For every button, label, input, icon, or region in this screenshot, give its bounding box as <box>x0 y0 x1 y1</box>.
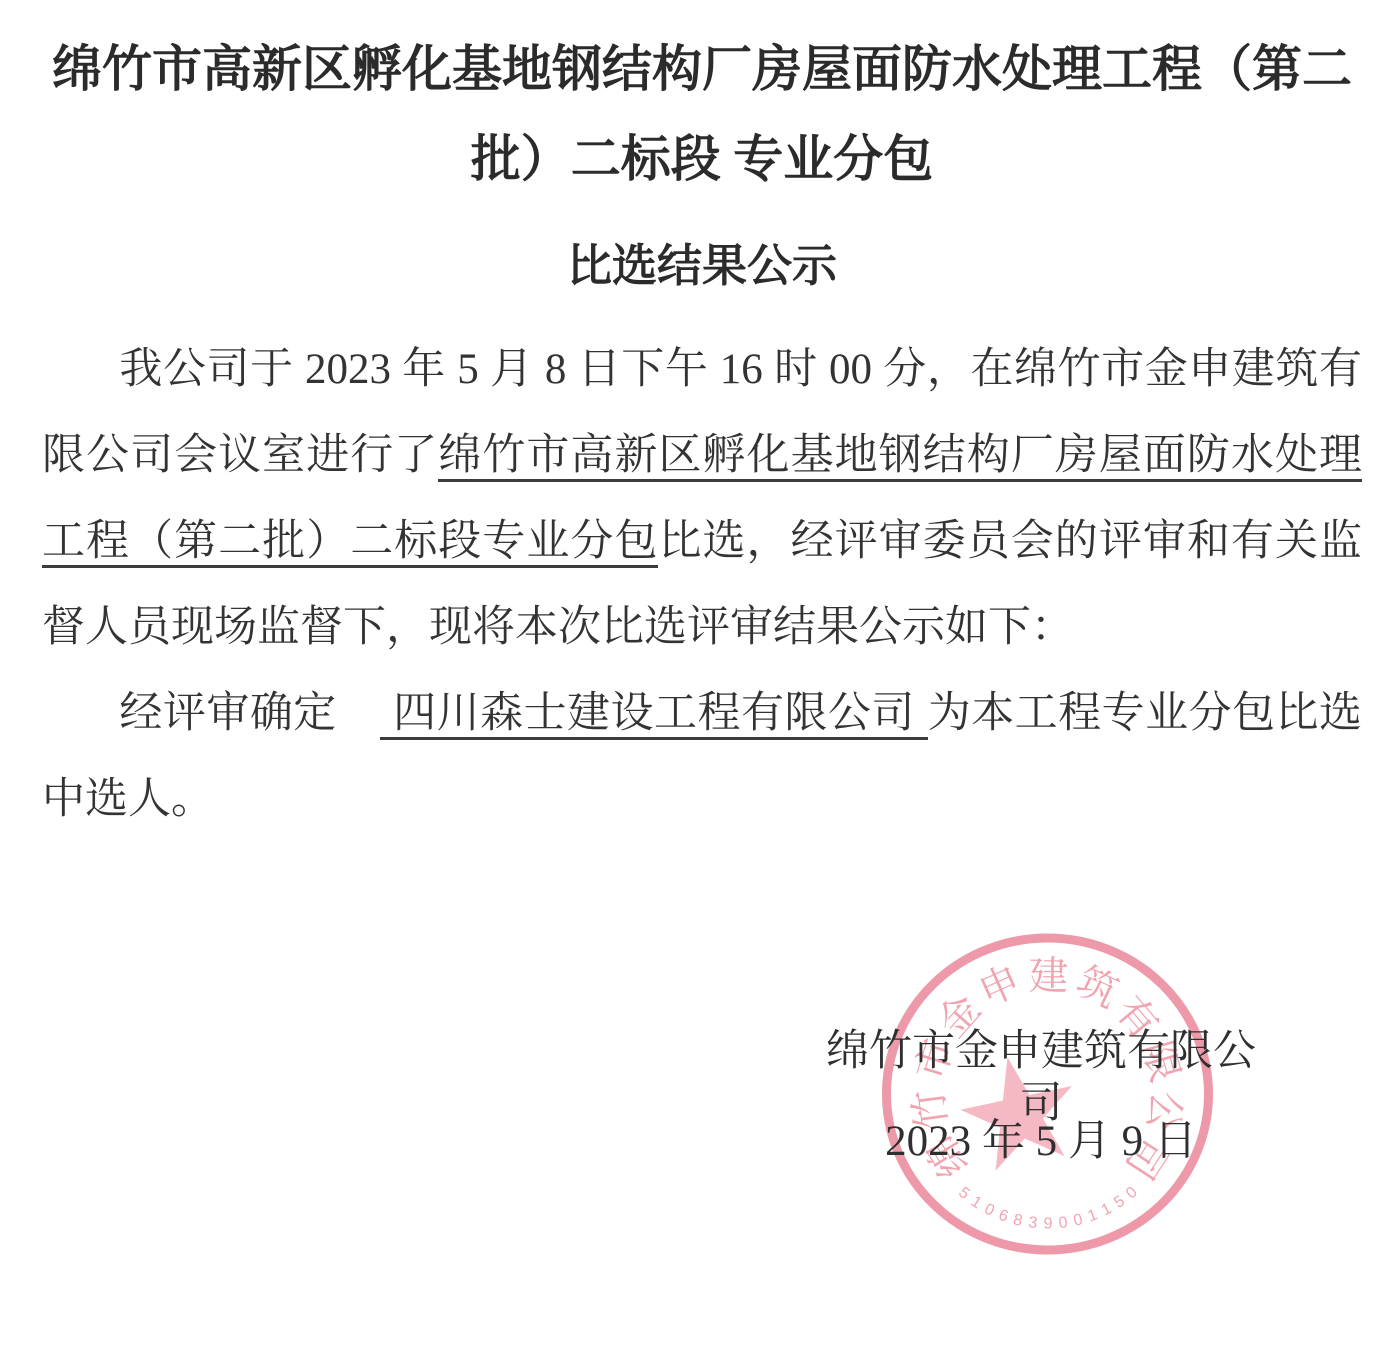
paragraph2-lead-text: 经评审确定 <box>119 690 380 737</box>
signature-company-name: 绵竹市金申建筑有限公司 <box>806 1026 1276 1130</box>
document-subtitle: 比选结果公示 <box>42 232 1362 300</box>
paragraph-result: 经评审确定 四川森士建设工程有限公司为本工程专业分包比选中选人。 <box>42 671 1362 843</box>
svg-text:0: 0 <box>982 1201 998 1220</box>
signature-date: 2023 年 5 月 9 日 <box>806 1116 1276 1168</box>
paragraph-announcement: 我公司于 2023 年 5 月 8 日下午 16 时 00 分，在绵竹市金申建筑… <box>42 327 1362 671</box>
svg-text:1: 1 <box>1099 1200 1115 1219</box>
document-title: 绵竹市高新区孵化基地钢结构厂房屋面防水处理工程（第二 批）二标段 专业分包 <box>42 24 1362 204</box>
svg-text:5: 5 <box>955 1184 973 1203</box>
document-title-line-1: 绵竹市高新区孵化基地钢结构厂房屋面防水处理工程（第二 <box>42 24 1362 114</box>
svg-text:1: 1 <box>968 1193 985 1212</box>
svg-text:5: 5 <box>1111 1193 1128 1212</box>
svg-text:0: 0 <box>1123 1184 1141 1203</box>
svg-text:0: 0 <box>1072 1211 1085 1230</box>
svg-text:0: 0 <box>1058 1214 1069 1232</box>
svg-text:1: 1 <box>1085 1206 1099 1225</box>
svg-text:6: 6 <box>996 1207 1010 1226</box>
scanned-document-page: 绵竹市高新区孵化基地钢结构厂房屋面防水处理工程（第二 批）二标段 专业分包 比选… <box>0 0 1380 1359</box>
svg-text:建: 建 <box>1028 953 1068 998</box>
document-body: 我公司于 2023 年 5 月 8 日下午 16 时 00 分，在绵竹市金申建筑… <box>42 327 1362 843</box>
svg-text:申: 申 <box>972 958 1027 1015</box>
document-title-line-2: 批）二标段 专业分包 <box>42 114 1362 204</box>
svg-text:9: 9 <box>1044 1215 1053 1232</box>
svg-text:8: 8 <box>1012 1211 1025 1230</box>
winner-company-blank: 四川森士建设工程有限公司 <box>380 690 927 740</box>
svg-text:3: 3 <box>1027 1214 1038 1232</box>
seal-serial-number: 5106839001150 <box>955 1184 1141 1233</box>
